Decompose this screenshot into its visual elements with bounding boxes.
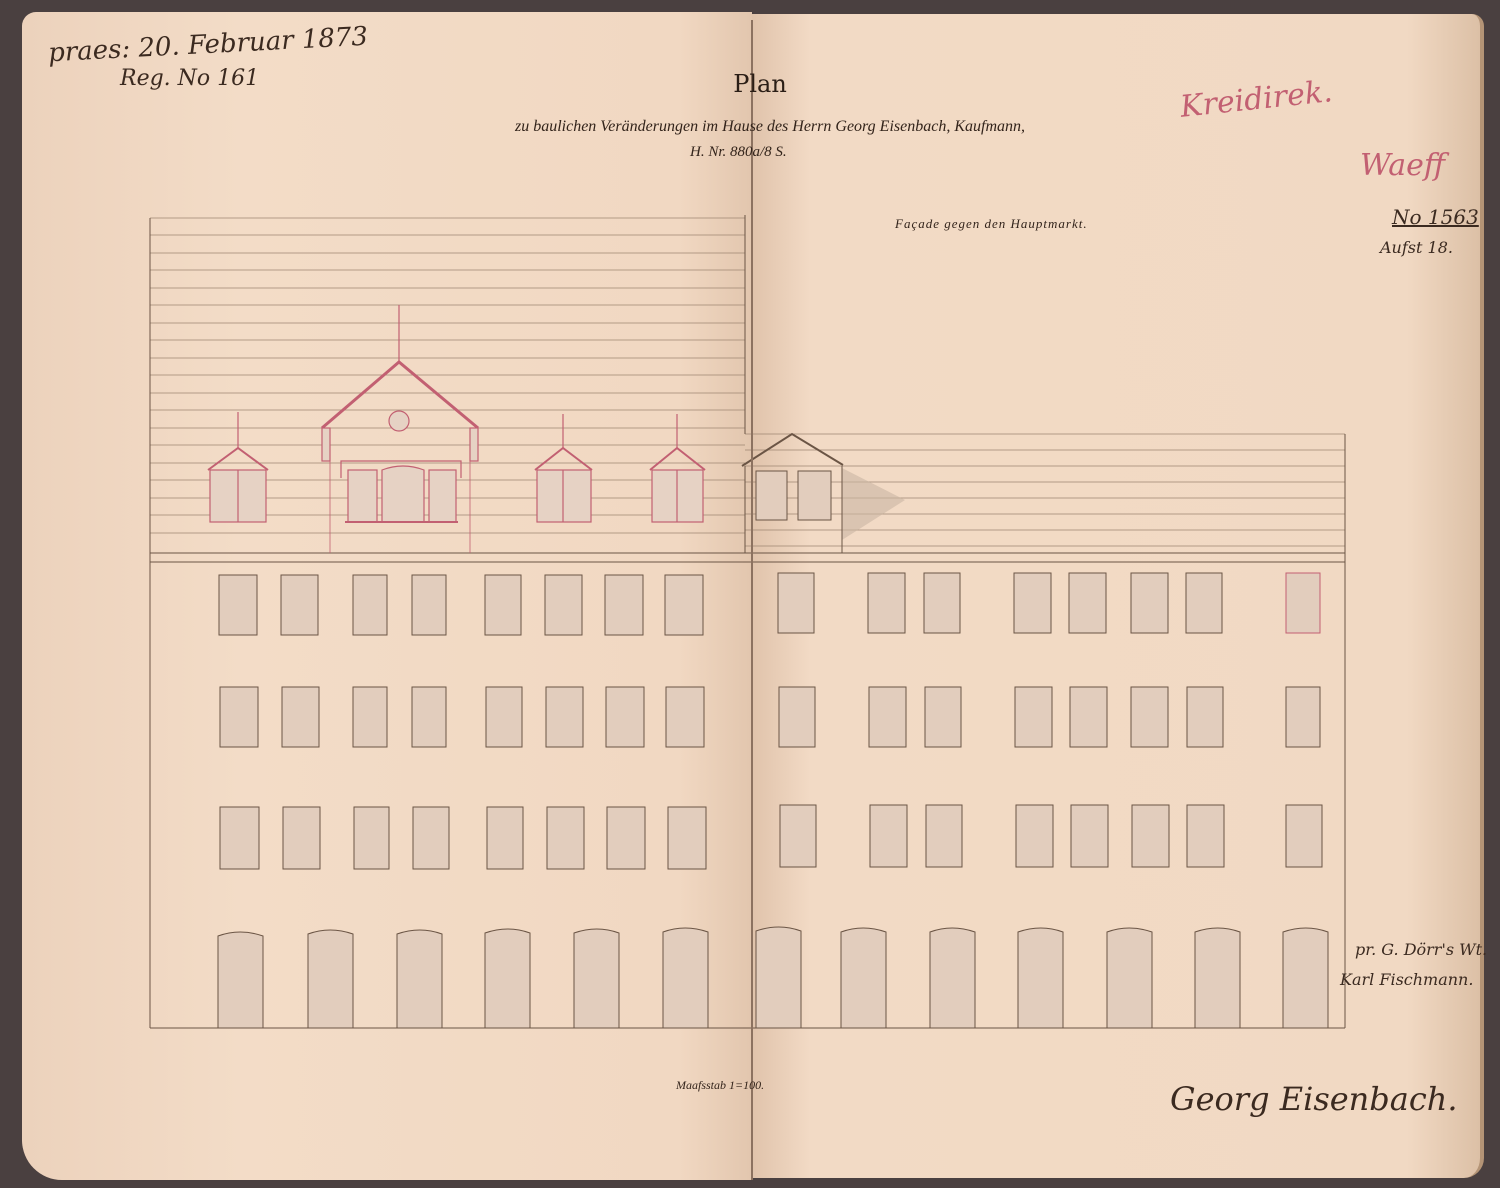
registration-number: Reg. No 161 — [120, 66, 259, 91]
house-number: H. Nr. 880a/8 S. — [690, 144, 787, 161]
plan-subtitle: zu baulichen Veränderungen im Hause des … — [420, 118, 1120, 136]
margin-signature-line1: pr. G. Dörr's Wt. — [1355, 940, 1487, 959]
file-note: Aufst 18. — [1380, 238, 1453, 257]
roof-hatching — [150, 218, 1345, 546]
plan-title: Plan — [700, 70, 820, 98]
dormer-right-grey — [742, 434, 905, 553]
facade-elevation-drawing — [0, 0, 1500, 1188]
red-signature-2: Waeff — [1360, 148, 1445, 183]
windows-upper — [219, 573, 1322, 869]
facade-label: Façade gegen den Hauptmarkt. — [895, 216, 1088, 232]
file-number: No 1563 — [1392, 205, 1479, 229]
margin-signature-line2: Karl Fischmann. — [1340, 970, 1473, 989]
scale-label: Maafsstab 1=100. — [676, 1078, 764, 1093]
dormers-red — [208, 305, 705, 553]
ground-floor-doors — [218, 927, 1328, 1028]
owner-signature: Georg Eisenbach. — [1170, 1080, 1458, 1118]
